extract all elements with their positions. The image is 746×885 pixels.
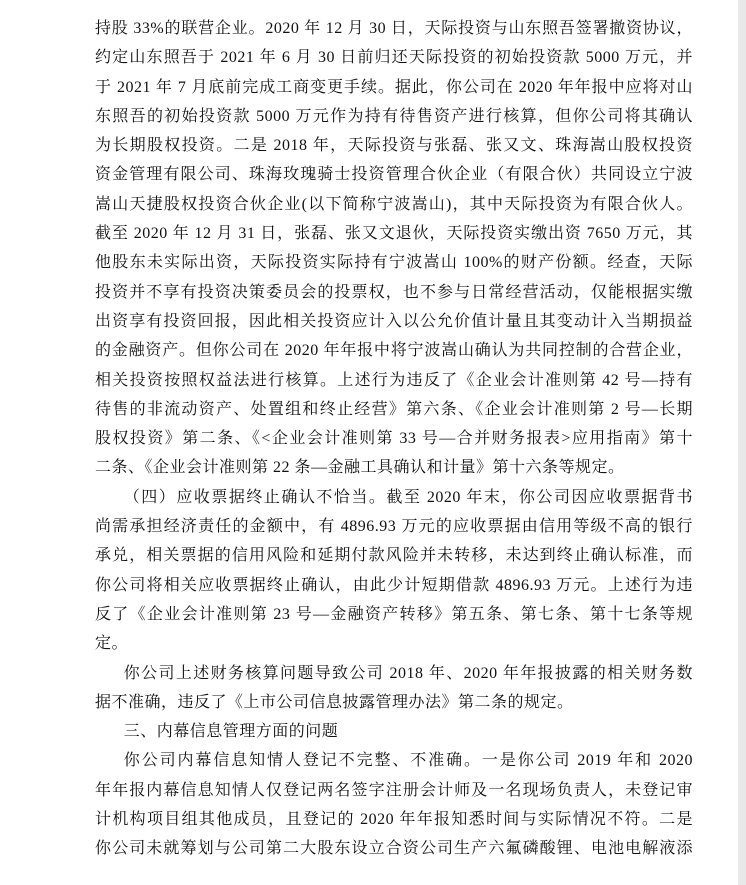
text-line: 计机构项目组其他成员，且登记的 2020 年年报知悉时间与实际情况不符。二是	[95, 805, 693, 834]
text-line: 定。	[95, 629, 693, 658]
text-line: 你公司内幕信息知情人登记不完整、不准确。一是你公司 2019 年和 2020	[95, 746, 693, 775]
text-line: 二条、《企业会计准则第 22 条—金融工具确认和计量》第十六条等规定。	[95, 453, 693, 482]
text-line: 他股东未实际出资，天际投资实际持有宁波嵩山 100%的财产份额。经查，天际	[95, 248, 693, 277]
text-line: 据不准确，违反了《上市公司信息披露管理办法》第二条的规定。	[95, 688, 693, 717]
text-line: 截至 2020 年 12 月 31 日，张磊、张又文退伙，天际投资实缴出资 76…	[95, 219, 693, 248]
text-line: 于 2021 年 7 月底前完成工商变更手续。据此，你公司在 2020 年年报中…	[95, 73, 693, 102]
paragraph: （四）应收票据终止确认不恰当。截至 2020 年末，你公司因应收票据背书尚需承担…	[95, 483, 693, 659]
viewer-background-edge	[738, 0, 746, 885]
text-line: 年年报内幕信息知情人仅登记两名签字注册会计师及一名现场负责人，未登记审	[95, 776, 693, 805]
text-line: 你公司将相关应收票据终止确认，由此少计短期借款 4896.93 万元。上述行为违	[95, 571, 693, 600]
paragraph: 你公司内幕信息知情人登记不完整、不准确。一是你公司 2019 年和 2020年年…	[95, 746, 693, 863]
text-line: 嵩山天捷股权投资合伙企业(以下简称宁波嵩山)，其中天际投资为有限合伙人。	[95, 190, 693, 219]
text-line: 为长期股权投资。二是 2018 年，天际投资与张磊、张又文、珠海嵩山股权投资	[95, 131, 693, 160]
text-line: 承兑，相关票据的信用风险和延期付款风险并未转移，未达到终止确认标准，而	[95, 541, 693, 570]
text-line: 尚需承担经济责任的金额中，有 4896.93 万元的应收票据由信用等级不高的银行	[95, 512, 693, 541]
text-line: 三、内幕信息管理方面的问题	[95, 717, 693, 746]
text-line: 待售的非流动资产、处置组和终止经营》第六条、《企业会计准则第 2 号—长期	[95, 395, 693, 424]
text-line: 资金管理有限公司、珠海玫瑰骑士投资管理合伙企业（有限合伙）共同设立宁波	[95, 160, 693, 189]
paragraph: 持股 33%的联营企业。2020 年 12 月 30 日，天际投资与山东照吾签署…	[95, 14, 693, 483]
document-page: 持股 33%的联营企业。2020 年 12 月 30 日，天际投资与山东照吾签署…	[0, 0, 738, 885]
text-line: 你公司未就筹划与公司第二大股东设立合资公司生产六氟磷酸锂、电池电解液添	[95, 834, 693, 863]
text-line: 的金融资产。但你公司在 2020 年年报中将宁波嵩山确认为共同控制的合营企业，	[95, 336, 693, 365]
text-line: 相关投资按照权益法进行核算。上述行为违反了《企业会计准则第 42 号—持有	[95, 366, 693, 395]
document-text: 持股 33%的联营企业。2020 年 12 月 30 日，天际投资与山东照吾签署…	[95, 14, 693, 864]
text-line: 股权投资》第二条、《<企业会计准则第 33 号—合并财务报表>应用指南》第十	[95, 424, 693, 453]
text-line: 持股 33%的联营企业。2020 年 12 月 30 日，天际投资与山东照吾签署…	[95, 14, 693, 43]
section-heading: 三、内幕信息管理方面的问题	[95, 717, 693, 746]
text-line: （四）应收票据终止确认不恰当。截至 2020 年末，你公司因应收票据背书	[95, 483, 693, 512]
text-line: 东照吾的初始投资款 5000 万元作为持有待售资产进行核算，但你公司将其确认	[95, 102, 693, 131]
text-line: 出资享有投资回报，因此相关投资应计入以公允价值计量且其变动计入当期损益	[95, 307, 693, 336]
text-line: 约定山东照吾于 2021 年 6 月 30 日前归还天际投资的初始投资款 500…	[95, 43, 693, 72]
text-line: 投资并不享有投资决策委员会的投票权，也不参与日常经营活动，仅能根据实缴	[95, 278, 693, 307]
paragraph: 你公司上述财务核算问题导致公司 2018 年、2020 年年报披露的相关财务数据…	[95, 659, 693, 718]
text-line: 你公司上述财务核算问题导致公司 2018 年、2020 年年报披露的相关财务数	[95, 659, 693, 688]
text-line: 反了《企业会计准则第 23 号—金融资产转移》第五条、第七条、第十七条等规	[95, 600, 693, 629]
